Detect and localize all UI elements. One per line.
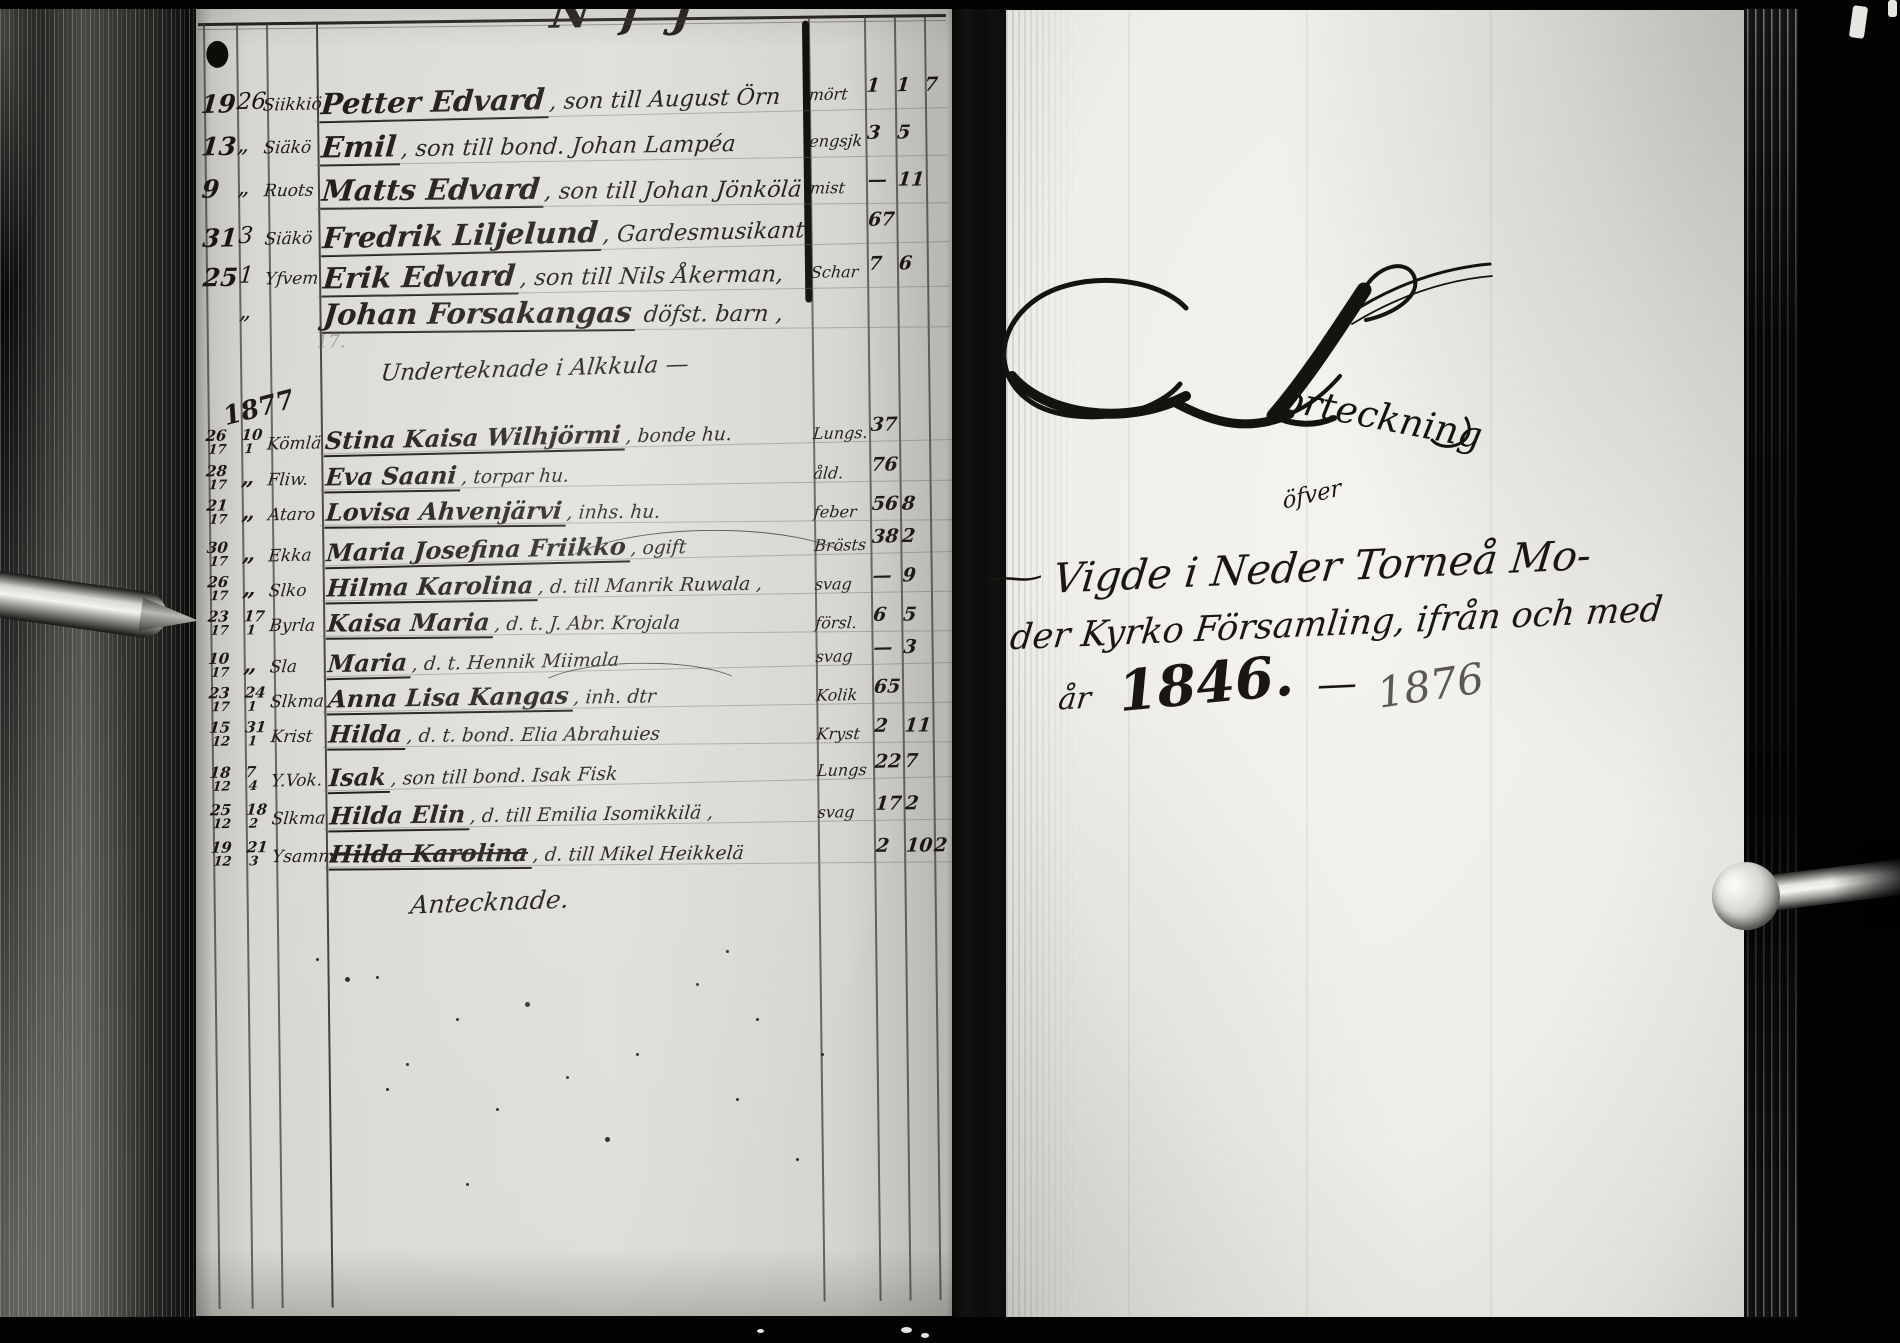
- c-pl: Ekka: [268, 545, 324, 566]
- c-no: mört: [808, 84, 864, 104]
- c-no: försl.: [814, 613, 870, 632]
- c-pl: Kömlä: [266, 433, 322, 454]
- c-no: mist: [809, 178, 865, 197]
- date-bottom: 12: [211, 735, 242, 748]
- c-n2: 2: [901, 525, 929, 548]
- edge-speck: [757, 1329, 764, 1333]
- c-d1: 2512: [208, 803, 244, 832]
- entry-details: döfst. barn ,: [635, 301, 784, 328]
- c-n2: 2: [905, 792, 933, 814]
- lead-flourish: ~: [979, 560, 1051, 598]
- black-border-bottom: [0, 1317, 1900, 1343]
- left-page: N f J 17. Underteknade i Alkkula — 1877 …: [196, 8, 952, 1316]
- c-d1: 1512: [207, 720, 244, 748]
- c-d1: 2817: [204, 464, 240, 493]
- c-n1: 38: [871, 525, 899, 548]
- entry-details: , Gardesmusikant: [602, 217, 806, 248]
- c-pl: Krist: [270, 727, 326, 747]
- title-body-line-1: ~Vigde i Neder Torneå Mo-: [1001, 531, 1592, 605]
- black-border-top: [0, 0, 1900, 9]
- register-row: 1912213YsammHilda Karolina, d. till Mike…: [206, 834, 952, 881]
- c-no: Kolik: [815, 685, 871, 705]
- c-n2: [898, 208, 924, 209]
- c-d1: 9: [201, 174, 238, 203]
- entry-details: , son till August Örn: [548, 84, 781, 115]
- date-top: 28: [205, 464, 240, 480]
- c-pl: Siikkiö: [262, 94, 318, 115]
- c-d1: 2117: [205, 498, 242, 526]
- c-pl: Siäkö: [263, 138, 319, 159]
- entry-details: , son till Nils Åkerman,: [519, 261, 785, 291]
- c-n1: 67: [867, 208, 895, 231]
- c-no: svag: [817, 802, 873, 822]
- c-n1: 17: [875, 792, 903, 814]
- c-n2: 5: [896, 121, 924, 143]
- book-gutter-shadow: [946, 8, 1012, 1320]
- c-pl: Yfvem: [264, 269, 320, 290]
- c-n1: 76: [870, 453, 898, 475]
- year-start: 1846.: [1115, 643, 1296, 726]
- ink-blot: [206, 41, 228, 68]
- c-pl: Byrla: [268, 616, 324, 636]
- c-n1: 22: [874, 750, 902, 773]
- c-n2: 1: [896, 74, 924, 97]
- year-prefix: år: [1057, 681, 1093, 718]
- c-d1: 1812: [208, 765, 244, 794]
- date-bottom: 17: [209, 555, 240, 569]
- register-row: 9„RuotsMatts Edvard, son till Johan Jönk…: [198, 168, 952, 215]
- edge-speck: [901, 1327, 912, 1333]
- c-n1: 6: [872, 604, 900, 626]
- binding-clamp-right: [1706, 826, 1900, 960]
- c-n2: 10: [905, 834, 933, 856]
- bottom-section-heading: Antecknade.: [409, 885, 570, 920]
- c-n2: 9: [902, 564, 930, 586]
- year-dash: —: [1316, 660, 1358, 708]
- c-pl: Y.Vok.: [270, 770, 326, 791]
- year-end-pencil: 1876: [1374, 653, 1487, 717]
- title-tail-text: örteckning: [1278, 377, 1486, 456]
- date-bottom: 12: [212, 818, 243, 831]
- clamp-shadow: [1826, 835, 1900, 935]
- c-pl: Fliw.: [267, 470, 323, 491]
- entry-details: , son till bond. Johan Lampéa: [400, 131, 737, 162]
- c-d1: 25: [202, 263, 239, 293]
- c-pl: Ataro: [267, 505, 323, 525]
- c-n2: 5: [902, 603, 930, 625]
- c-n1: 1: [866, 74, 894, 97]
- entry-details: , inhs. hu.: [566, 502, 662, 524]
- date-bottom: 12: [213, 855, 244, 868]
- date-top: 21: [206, 498, 241, 513]
- c-n1: 2: [874, 715, 902, 737]
- c-n2: 6: [898, 252, 926, 274]
- edge-speck: [921, 1333, 929, 1338]
- c-pl: Siäkö: [264, 228, 320, 249]
- edge-speck: [1888, 0, 1897, 17]
- c-n2: 7: [904, 750, 932, 773]
- c-n1: 37: [870, 413, 898, 436]
- entry-name: Fredrik Liljelund: [321, 215, 604, 257]
- date-bottom: 17: [208, 479, 239, 492]
- c-pl: Sla: [269, 656, 325, 677]
- c-n1: 65: [873, 675, 901, 697]
- c-n1: —: [867, 169, 895, 191]
- mid-section-heading: Underteknade i Alkkula —: [379, 351, 690, 386]
- c-pl: Slkma: [271, 808, 327, 829]
- calligraphic-title: örteckning: [974, 256, 1494, 456]
- c-d1: 19: [200, 89, 236, 119]
- c-no: Schar: [810, 262, 866, 282]
- c-no: engsjk: [809, 131, 865, 151]
- c-no: Kryst: [816, 724, 872, 743]
- c-pl: Slkma: [269, 691, 325, 712]
- date-bottom: 12: [212, 780, 243, 794]
- c-d1: 3017: [205, 540, 241, 569]
- c-pl: Slko: [268, 580, 324, 601]
- c-nm: Emil, son till bond. Johan Lampéa: [320, 124, 738, 167]
- scanned-register-photo: N f J 17. Underteknade i Alkkula — 1877 …: [0, 0, 1900, 1343]
- c-n2: 11: [897, 168, 925, 190]
- register-table: N f J 17. Underteknade i Alkkula — 1877 …: [196, 8, 952, 1316]
- subtitle-ofver: öfver: [1282, 475, 1343, 515]
- date-bottom: 17: [211, 701, 242, 714]
- c-n1: 2: [875, 835, 903, 857]
- c-no: åld.: [813, 463, 869, 483]
- c-n2: [901, 413, 927, 414]
- entry-name: Erik Edvard: [321, 258, 521, 297]
- c-n2: 8: [901, 492, 929, 514]
- c-d1: 13: [200, 132, 237, 162]
- date-top: 15: [209, 720, 244, 735]
- c-n2: 11: [904, 714, 932, 736]
- c-n1: 7: [868, 252, 896, 274]
- c-no: feber: [813, 502, 869, 521]
- date-top: 25: [210, 803, 245, 819]
- c-pl: Ysamm: [271, 847, 327, 867]
- date-bottom: 17: [208, 443, 239, 457]
- date-bottom: 17: [209, 513, 240, 526]
- c-d1: 2617: [204, 428, 240, 457]
- register-row: 13„SiäköEmil, son till bond. Johan Lampé…: [197, 121, 952, 173]
- register-row: „Johan Forsakangas döfst. barn ,: [199, 292, 952, 339]
- c-d2: „: [238, 298, 271, 324]
- entry-details: , son till Johan Jönkölä: [543, 177, 803, 205]
- page-crease: [1490, 10, 1492, 1320]
- entry-name: Matts Edvard: [320, 172, 546, 210]
- right-page: Förteckning örteckning öfver ~Vigde i Ne…: [1006, 10, 1746, 1320]
- c-n1: —: [872, 564, 900, 586]
- entry-name: Emil: [320, 129, 403, 166]
- page-stack-edge: [1744, 0, 1800, 1343]
- ink-spatter: [316, 958, 319, 961]
- c-pl: Ruots: [263, 181, 319, 201]
- c-n2: 3: [903, 636, 931, 659]
- c-n1: —: [873, 636, 901, 659]
- entry-name: Johan Forsakangas: [322, 295, 639, 334]
- clamp-screw-head: [1708, 858, 1784, 934]
- c-n1: 3: [866, 121, 894, 143]
- c-d1: 31: [201, 223, 237, 253]
- c-d1: 1912: [209, 840, 246, 868]
- black-border-right: [1798, 0, 1900, 1343]
- date-top: 19: [210, 840, 245, 855]
- c-n1: 56: [871, 493, 899, 515]
- c-no: [810, 218, 864, 219]
